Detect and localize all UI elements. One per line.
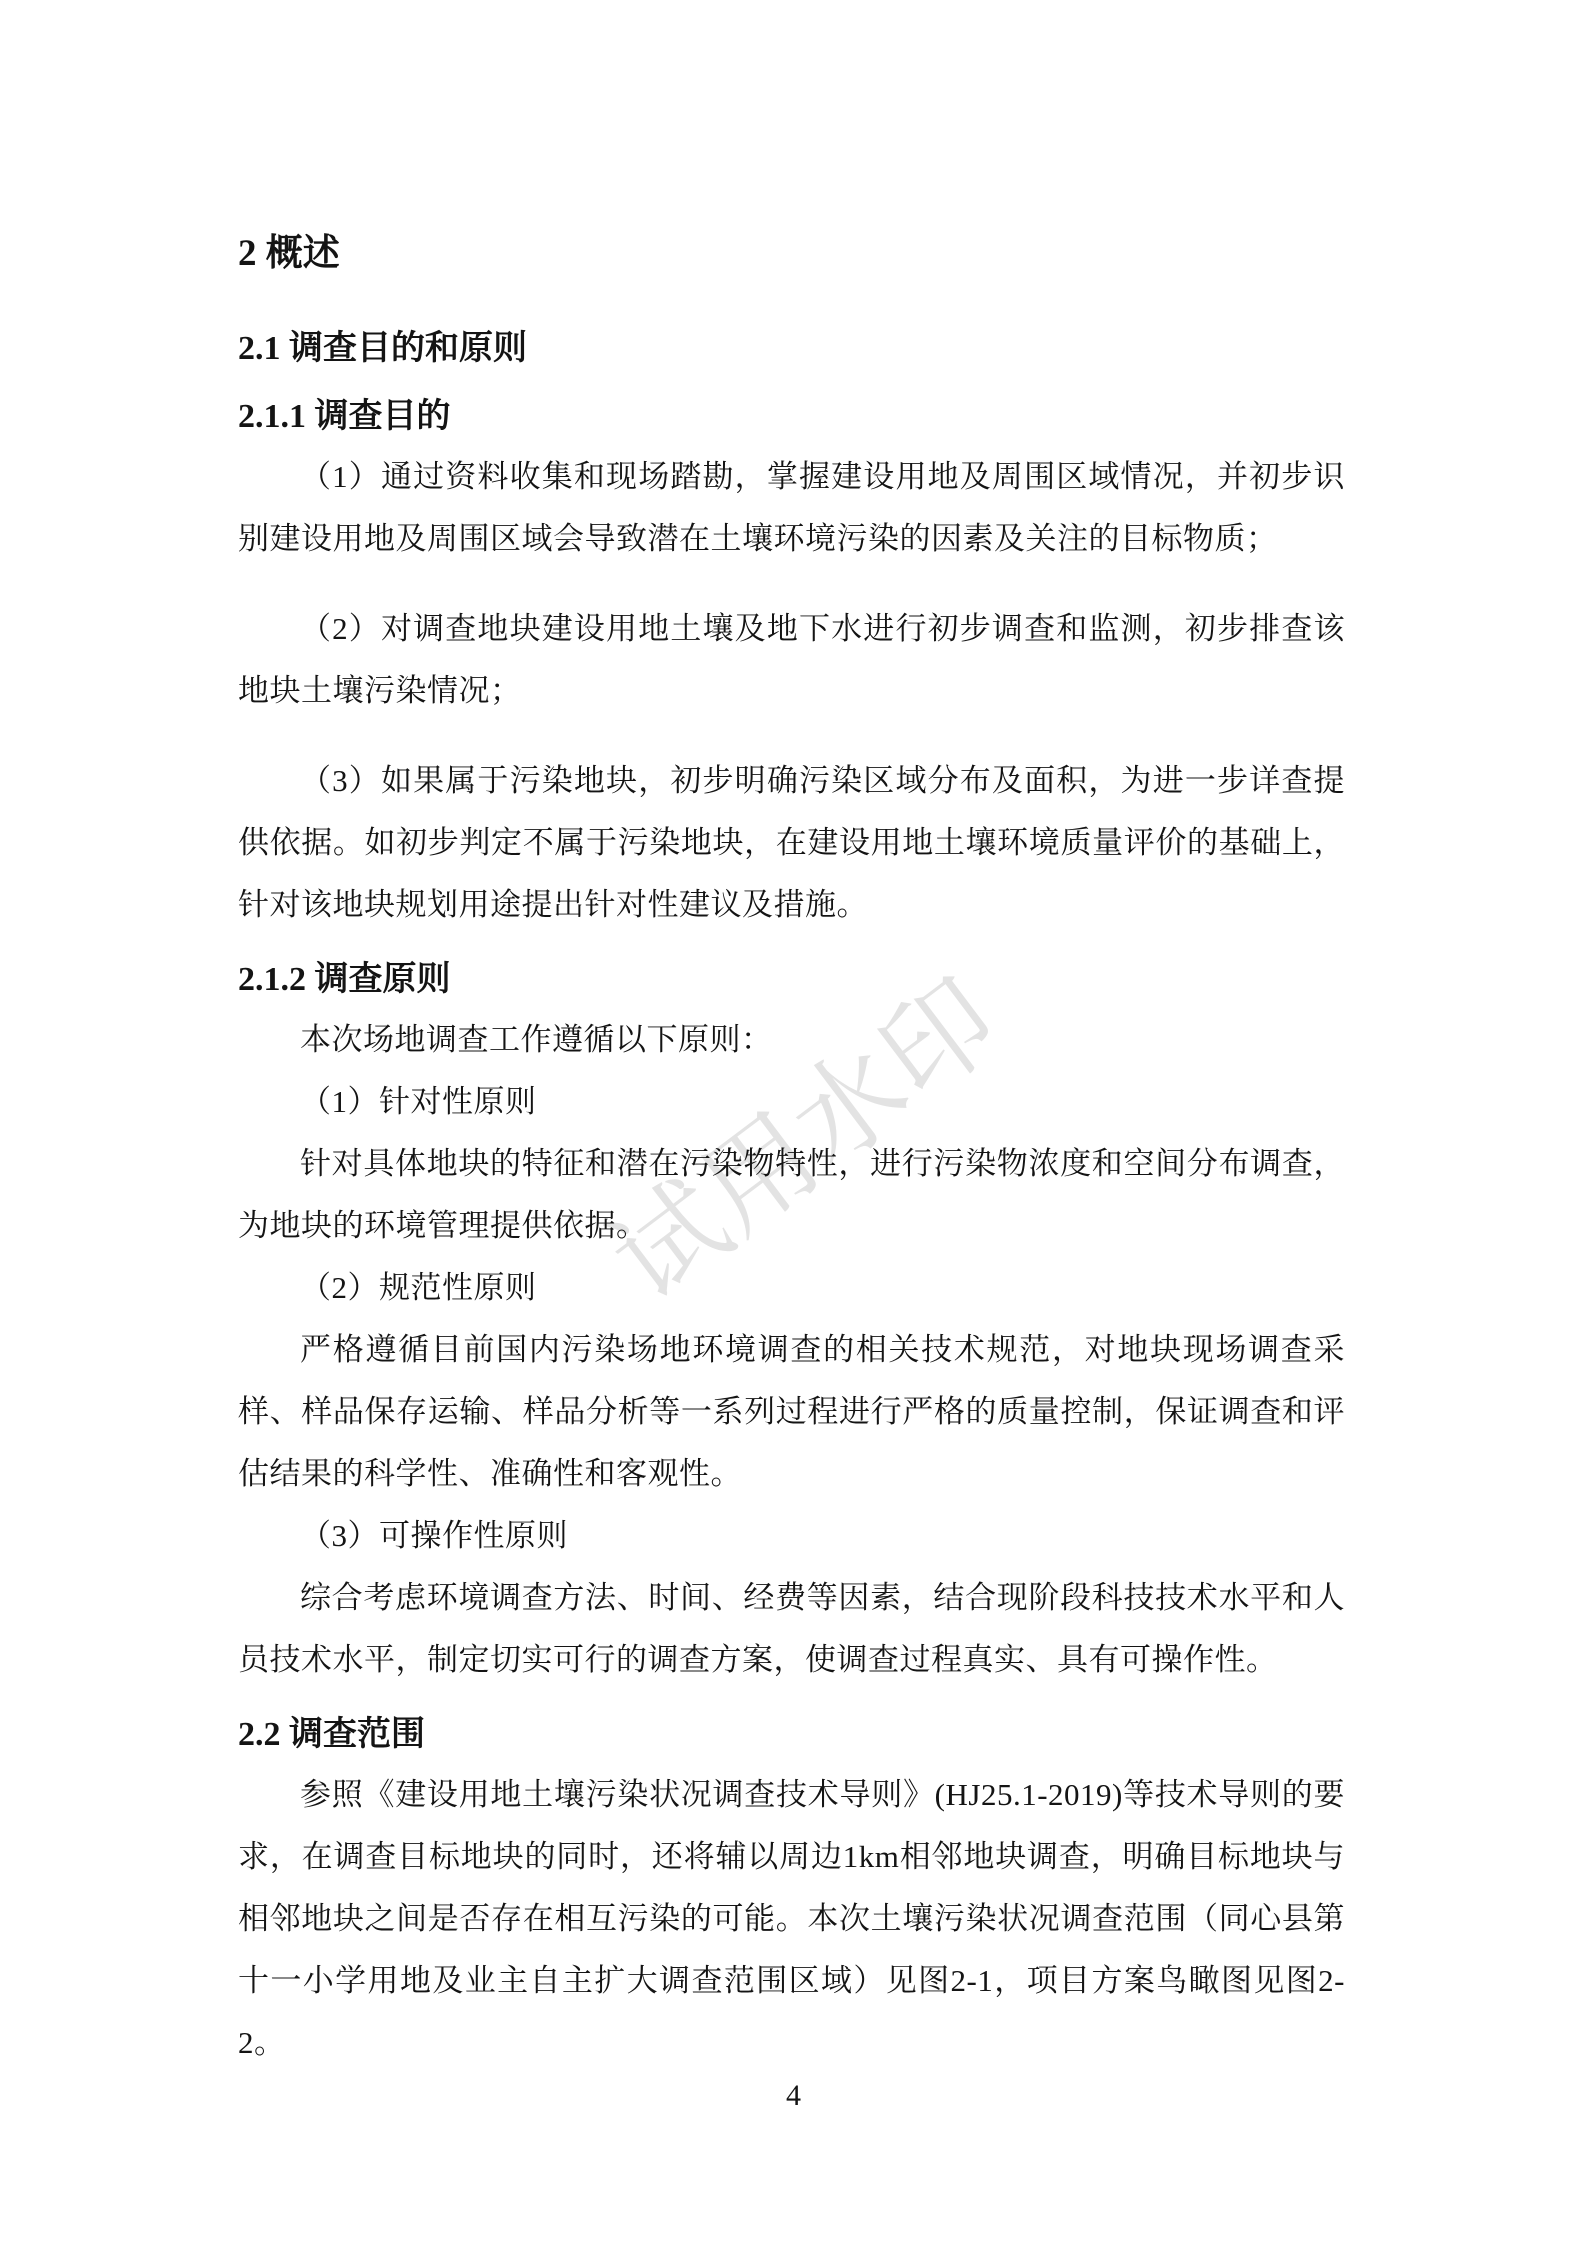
principle-1-body: 针对具体地块的特征和潜在污染物特性，进行污染物浓度和空间分布调查，为地块的环境管…	[238, 1133, 1345, 1257]
section-2-2-title: 2.2 调查范围	[238, 1710, 1345, 1760]
paragraph-survey-purpose-1: （1）通过资料收集和现场踏勘，掌握建设用地及周围区域情况，并初步识别建设用地及周…	[238, 446, 1345, 570]
paragraph-survey-purpose-3: （3）如果属于污染地块，初步明确污染区域分布及面积，为进一步详查提供依据。如初步…	[238, 750, 1345, 936]
page-number: 4	[786, 2079, 801, 2112]
principle-3-title: （3）可操作性原则	[238, 1505, 1345, 1567]
principle-3-body: 综合考虑环境调查方法、时间、经费等因素，结合现阶段科技技术水平和人员技术水平，制…	[238, 1567, 1345, 1691]
document-page: 试用水印 2 概述 2.1 调查目的和原则 2.1.1 调查目的 （1）通过资料…	[0, 0, 1587, 2245]
chapter-2-title: 2 概述	[238, 229, 1345, 279]
document-content: 2 概述 2.1 调查目的和原则 2.1.1 调查目的 （1）通过资料收集和现场…	[238, 229, 1345, 2074]
principle-1-title: （1）针对性原则	[238, 1071, 1345, 1133]
paragraph-survey-purpose-2: （2）对调查地块建设用地土壤及地下水进行初步调查和监测，初步排查该地块土壤污染情…	[238, 598, 1345, 722]
section-2-1-1-title: 2.1.1 调查目的	[238, 392, 1345, 442]
section-2-1-2-title: 2.1.2 调查原则	[238, 955, 1345, 1005]
paragraph-survey-scope: 参照《建设用地土壤污染状况调查技术导则》(HJ25.1-2019)等技术导则的要…	[238, 1764, 1345, 2074]
paragraph-principles-intro: 本次场地调查工作遵循以下原则：	[238, 1009, 1345, 1071]
section-2-1-title: 2.1 调查目的和原则	[238, 324, 1345, 374]
page-footer: 4	[0, 2078, 1587, 2114]
principle-2-body: 严格遵循目前国内污染场地环境调查的相关技术规范，对地块现场调查采样、样品保存运输…	[238, 1319, 1345, 1505]
principle-2-title: （2）规范性原则	[238, 1257, 1345, 1319]
